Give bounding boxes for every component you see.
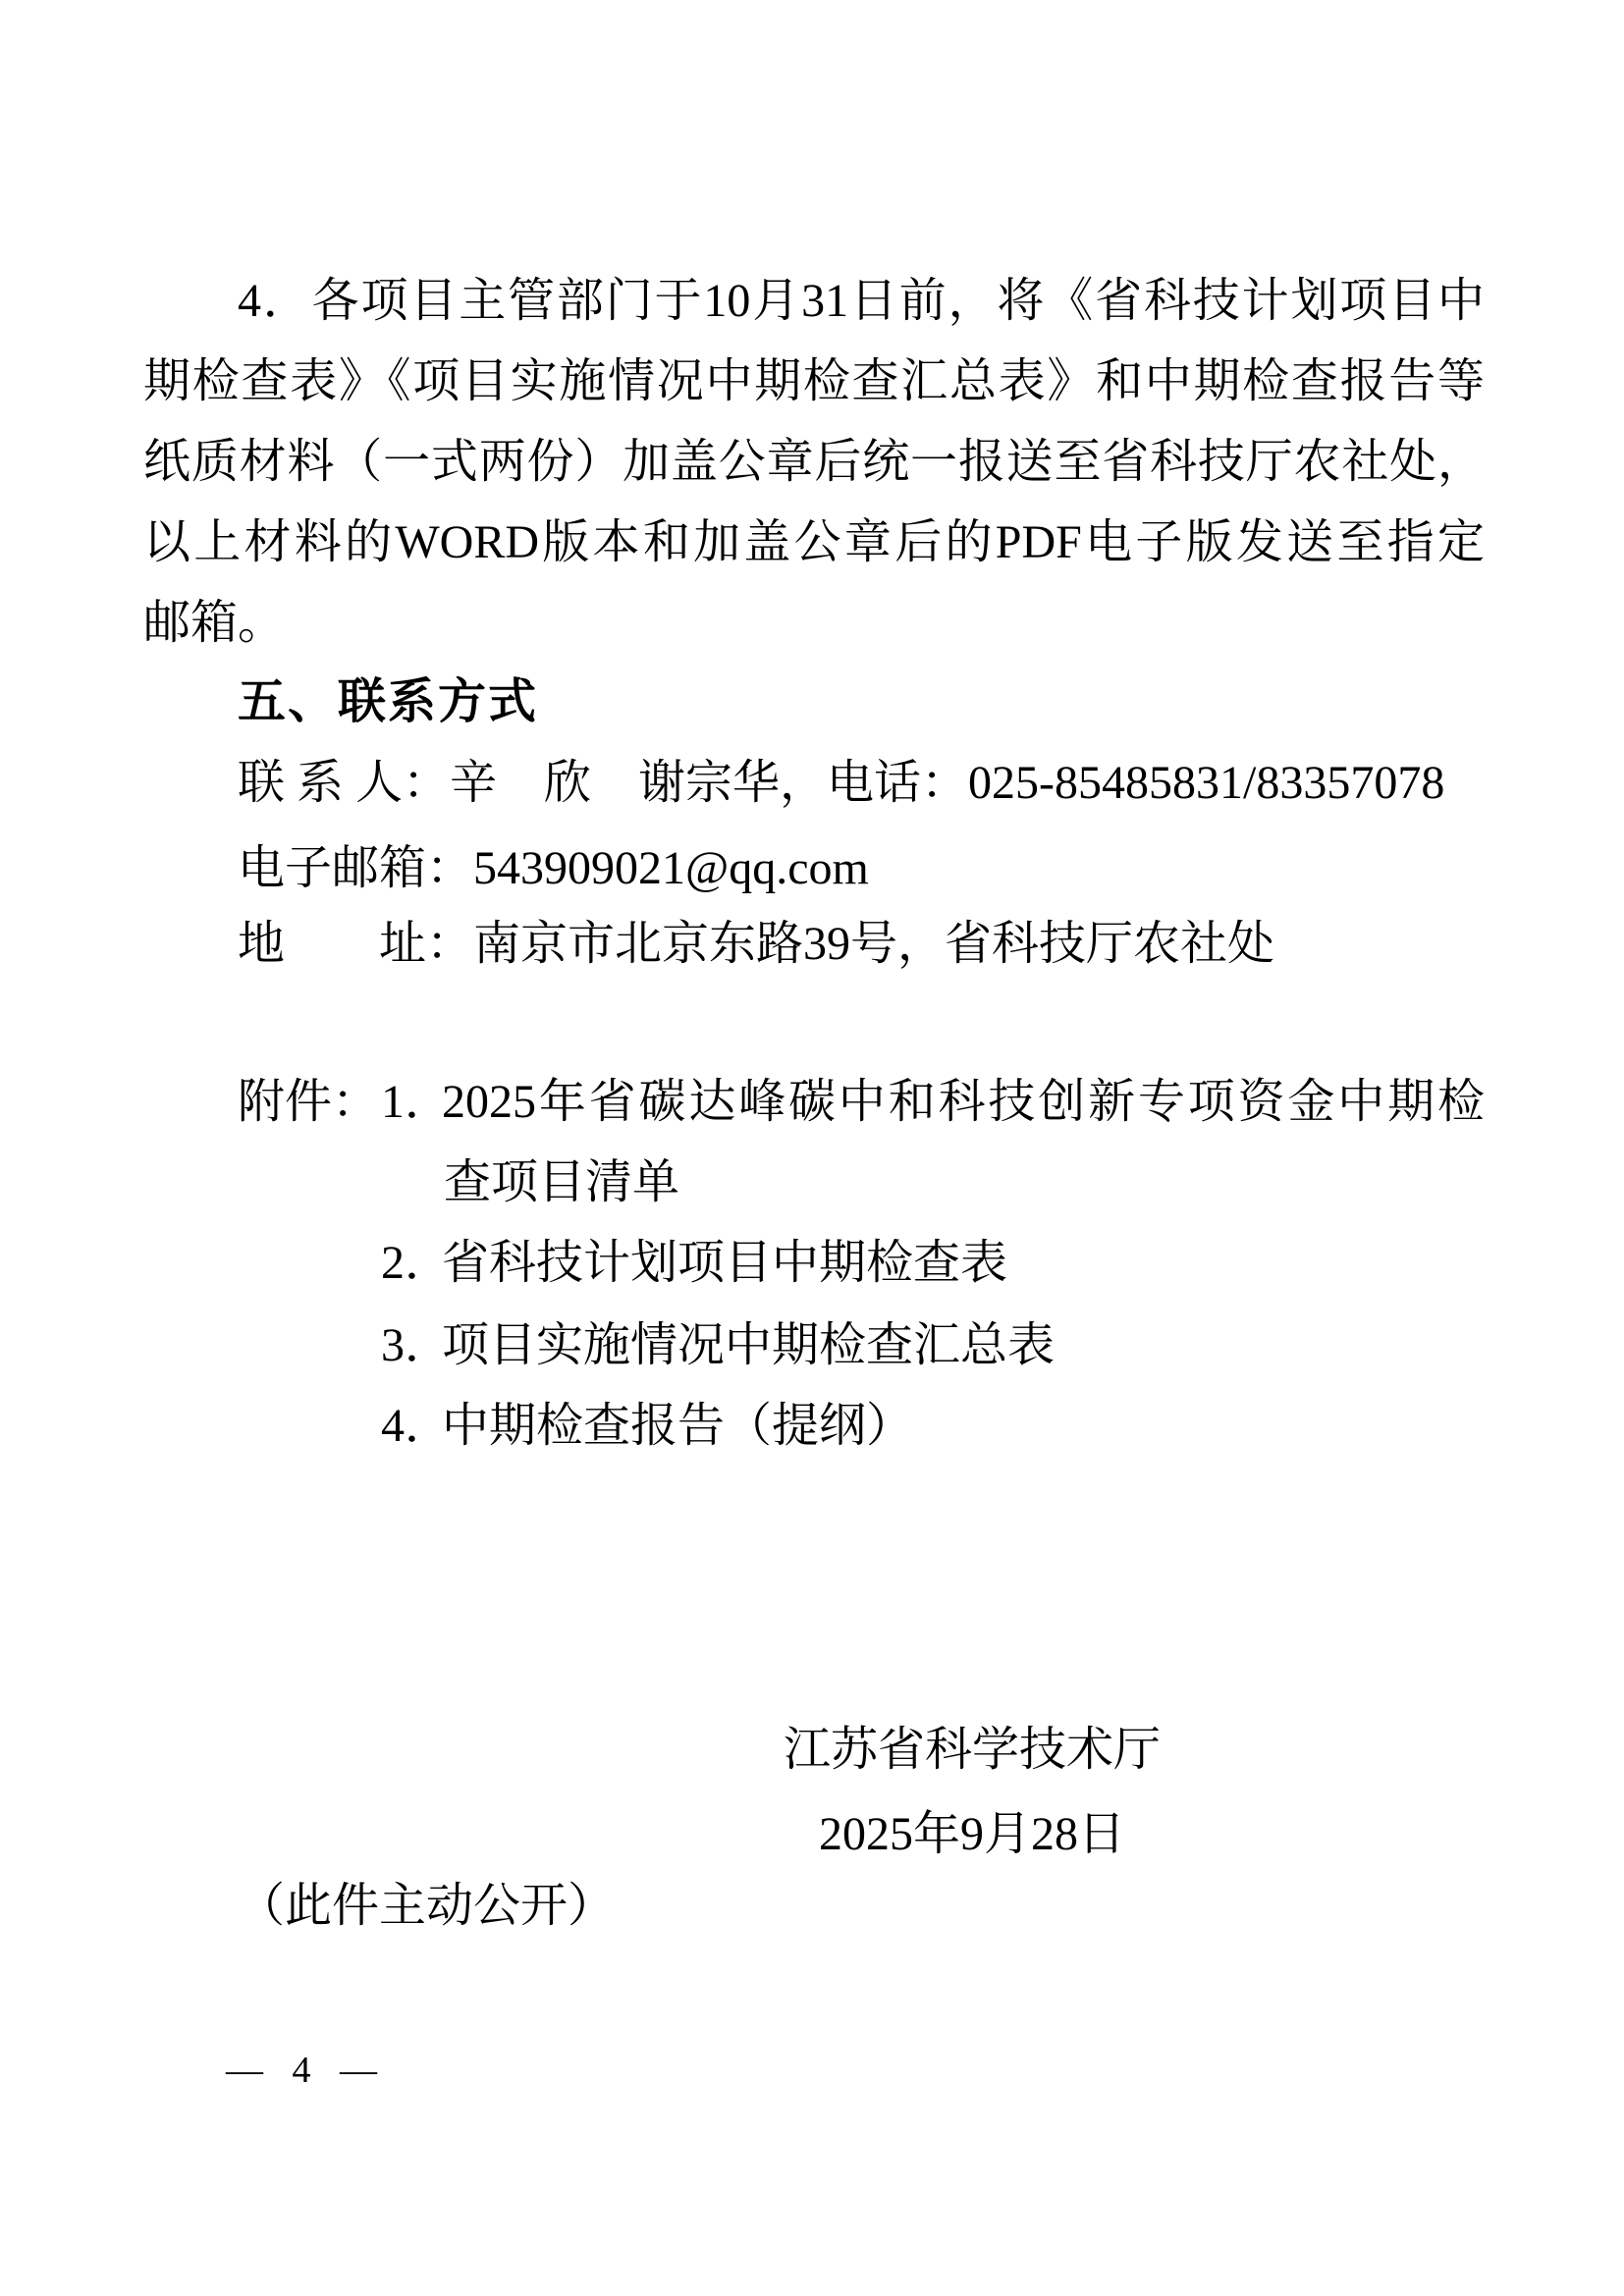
contact-person-line: 联 系 人：辛 欣 谢宗华，电话：025-85485831/83357078 xyxy=(238,754,1444,813)
contact-email-line: 电子邮箱：543909021@qq.com xyxy=(238,839,869,898)
attachment-item-1-continuation: 查项目清单 xyxy=(444,1153,679,1212)
attachment-item-4-number: 4． xyxy=(381,1397,442,1456)
attachment-item-1-text: 2025年省碳达峰碳中和科技创新专项资金中期检 xyxy=(442,1073,1485,1132)
paragraph4-line-5: 邮箱。 xyxy=(143,594,285,653)
attachment-item-2-text: 省科技计划项目中期检查表 xyxy=(442,1234,1007,1293)
signature-agency: 江苏省科学技术厅 xyxy=(784,1721,1161,1780)
contact-address-line: 地 址：南京市北京东路39号，省科技厅农社处 xyxy=(238,915,1274,974)
attachment-item-4-text: 中期检查报告（提纲） xyxy=(442,1397,913,1456)
paragraph4-line-3: 纸质材料（一式两份）加盖公章后统一报送至省科技厅农社处， xyxy=(143,433,1485,492)
paragraph4-line-4: 以上材料的WORD版本和加盖公章后的PDF电子版发送至指定 xyxy=(143,513,1485,572)
attachment-item-3-number: 3． xyxy=(381,1316,442,1375)
page-number: — 4 — xyxy=(226,2048,387,2095)
signature-date: 2025年9月28日 xyxy=(819,1805,1125,1864)
attachment-item-1-row: 附件： 1． 2025年省碳达峰碳中和科技创新专项资金中期检 xyxy=(238,1073,1485,1132)
disclosure-note: （此件主动公开） xyxy=(238,1877,615,1936)
attachment-item-1-number: 1． xyxy=(381,1073,442,1132)
attachment-item-3-row: 3． 项目实施情况中期检查汇总表 xyxy=(381,1316,1055,1375)
paragraph4-line-1: 4．各项目主管部门于10月31日前，将《省科技计划项目中 xyxy=(238,272,1485,331)
attachment-item-2-row: 2． 省科技计划项目中期检查表 xyxy=(381,1234,1007,1293)
document-page: 4．各项目主管部门于10月31日前，将《省科技计划项目中 期检查表》《项目实施情… xyxy=(0,0,1624,2296)
attachment-item-3-text: 项目实施情况中期检查汇总表 xyxy=(442,1316,1055,1375)
attachment-item-2-number: 2． xyxy=(381,1234,442,1293)
paragraph4-line-2: 期检查表》《项目实施情况中期检查汇总表》和中期检查报告等 xyxy=(143,352,1485,411)
attachment-label: 附件： xyxy=(238,1073,381,1132)
attachment-item-4-row: 4． 中期检查报告（提纲） xyxy=(381,1397,913,1456)
section-heading-contact: 五、联系方式 xyxy=(238,671,538,731)
